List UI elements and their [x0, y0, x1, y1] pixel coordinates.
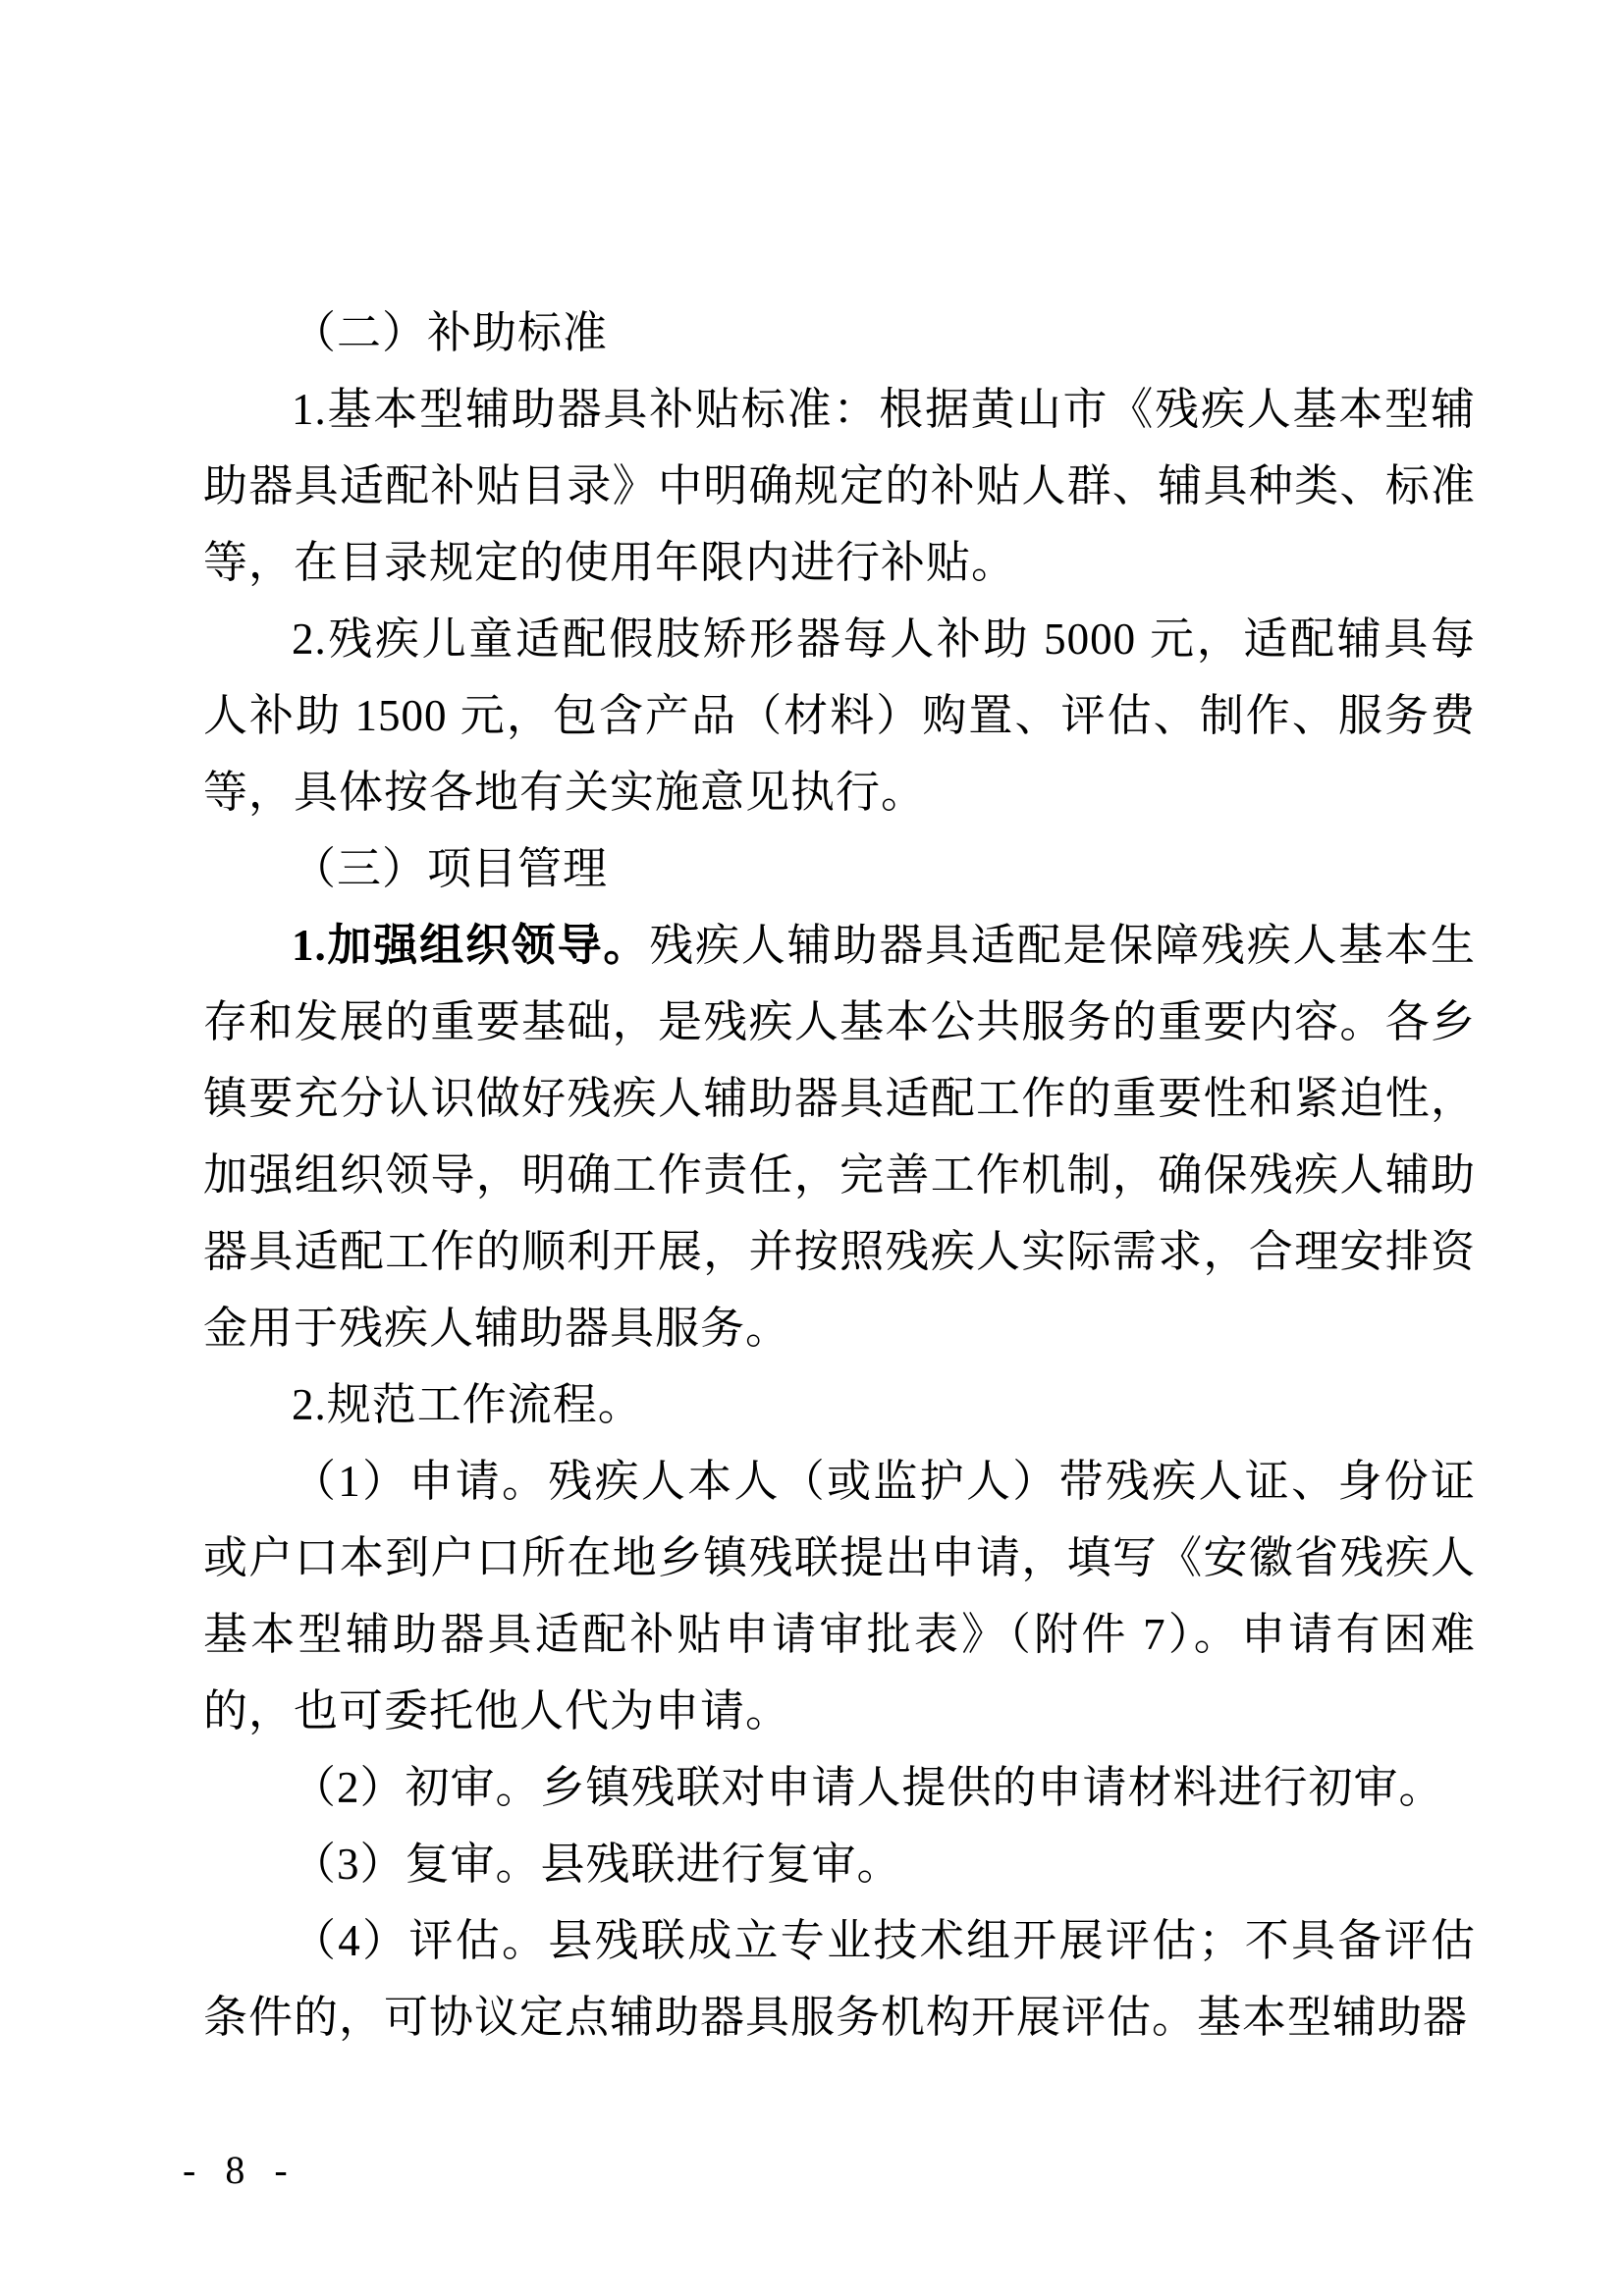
- paragraph-children-subsidy-amounts: 2.残疾儿童适配假肢矫形器每人补助 5000 元，适配辅具每人补助 1500 元…: [203, 601, 1476, 830]
- paragraph-lead-strengthen-leadership: 1.加强组织领导。: [292, 921, 649, 970]
- paragraph-step3-re-review: （3）复审。县残联进行复审。: [203, 1826, 1476, 1902]
- paragraph-text-strengthen-leadership: 残疾人辅助器具适配是保障残疾人基本生存和发展的重要基础，是残疾人基本公共服务的重…: [203, 921, 1476, 1353]
- document-page: （二）补助标准 1.基本型辅助器具补贴标准：根据黄山市《残疾人基本型辅助器具适配…: [0, 0, 1624, 2296]
- paragraph-step2-initial-review: （2）初审。乡镇残联对申请人提供的申请材料进行初审。: [203, 1749, 1476, 1826]
- paragraph-standardize-workflow: 2.规范工作流程。: [203, 1366, 1476, 1443]
- paragraph-step4-evaluation: （4）评估。县残联成立专业技术组开展评估；不具备评估条件的，可协议定点辅助器具服…: [203, 1902, 1476, 2056]
- page-number: - 8 -: [183, 2148, 298, 2193]
- paragraph-step1-application: （1）申请。残疾人本人（或监护人）带残疾人证、身份证或户口本到户口所在地乡镇残联…: [203, 1443, 1476, 1749]
- section-heading-subsidy-standard: （二）补助标准: [203, 294, 1476, 371]
- paragraph-strengthen-leadership: 1.加强组织领导。残疾人辅助器具适配是保障残疾人基本生存和发展的重要基础，是残疾…: [203, 907, 1476, 1366]
- document-body: （二）补助标准 1.基本型辅助器具补贴标准：根据黄山市《残疾人基本型辅助器具适配…: [203, 294, 1476, 2056]
- section-heading-project-management: （三）项目管理: [203, 830, 1476, 907]
- paragraph-basic-subsidy-standard: 1.基本型辅助器具补贴标准：根据黄山市《残疾人基本型辅助器具适配补贴目录》中明确…: [203, 371, 1476, 601]
